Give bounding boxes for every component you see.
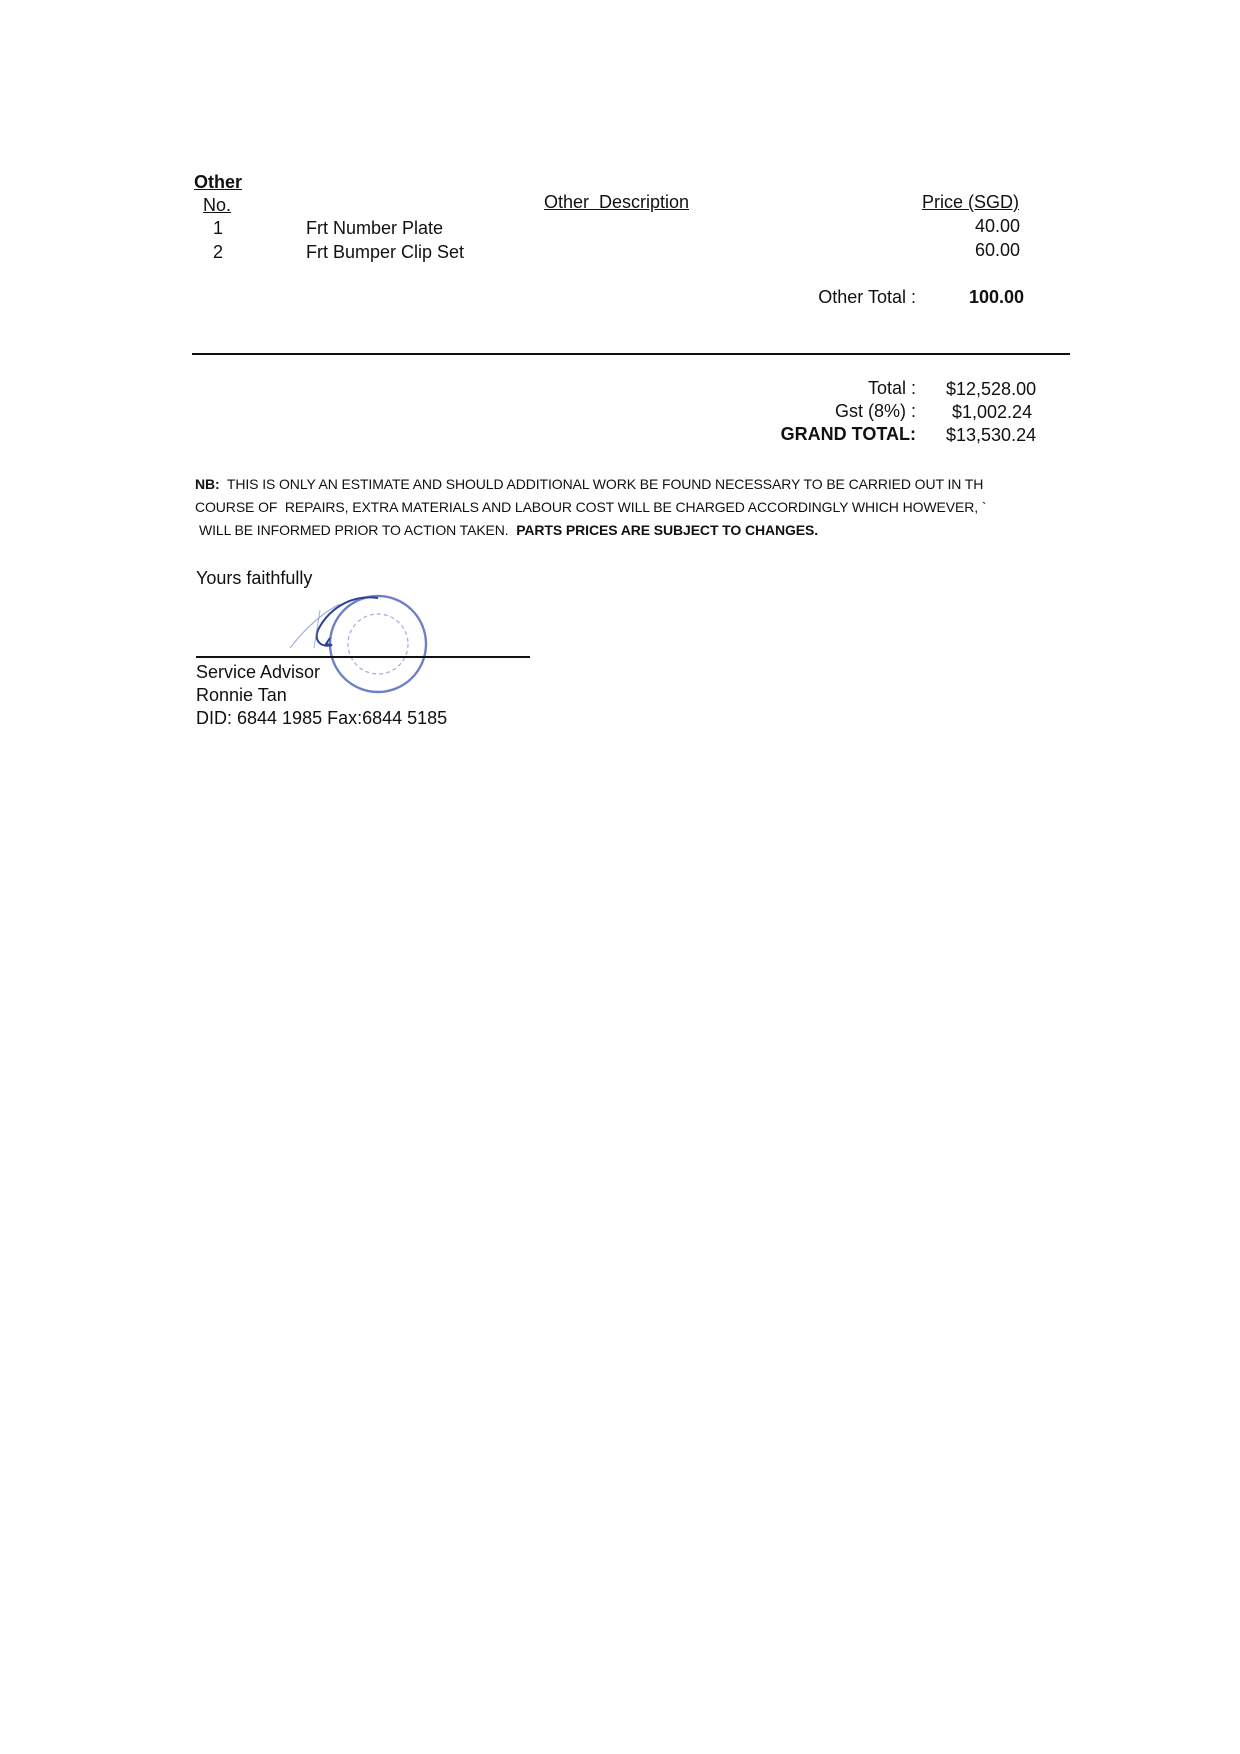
column-header-no: No. xyxy=(203,195,231,216)
other-total-label: Other Total : xyxy=(760,287,916,308)
grand-total-label: GRAND TOTAL: xyxy=(700,424,916,445)
closing: Yours faithfully xyxy=(196,568,312,589)
note-prefix: NB: xyxy=(195,476,220,492)
item-price: 60.00 xyxy=(900,240,1020,261)
note-emphasis: PARTS PRICES ARE SUBJECT TO CHANGES. xyxy=(516,522,818,538)
company-stamp-icon xyxy=(280,590,450,710)
item-description: Frt Number Plate xyxy=(306,218,443,239)
note-line-3: WILL BE INFORMED PRIOR TO ACTION TAKEN. … xyxy=(199,522,818,538)
item-no: 1 xyxy=(213,218,223,239)
note-line-2: COURSE OF REPAIRS, EXTRA MATERIALS AND L… xyxy=(195,499,986,515)
signatory-name: Ronnie Tan xyxy=(196,685,287,706)
total-value: $12,528.00 xyxy=(946,379,1036,400)
column-header-description: Other Description xyxy=(544,192,689,213)
item-no: 2 xyxy=(213,242,223,263)
item-price: 40.00 xyxy=(900,216,1020,237)
signatory-role: Service Advisor xyxy=(196,662,320,683)
document-page: Other No. Other Description Price (SGD) … xyxy=(0,0,1078,1754)
gst-label: Gst (8%) : xyxy=(740,401,916,422)
grand-total-value: $13,530.24 xyxy=(946,425,1036,446)
section-title: Other xyxy=(194,172,242,193)
signatory-contact: DID: 6844 1985 Fax:6844 5185 xyxy=(196,708,447,729)
item-description: Frt Bumper Clip Set xyxy=(306,242,464,263)
other-total-value: 100.00 xyxy=(920,287,1024,308)
divider xyxy=(192,353,1070,355)
gst-value: $1,002.24 xyxy=(952,402,1032,423)
note-line-1: NB: THIS IS ONLY AN ESTIMATE AND SHOULD … xyxy=(195,476,983,492)
signature-line xyxy=(196,656,530,658)
column-header-price: Price (SGD) xyxy=(922,192,1019,213)
total-label: Total : xyxy=(740,378,916,399)
